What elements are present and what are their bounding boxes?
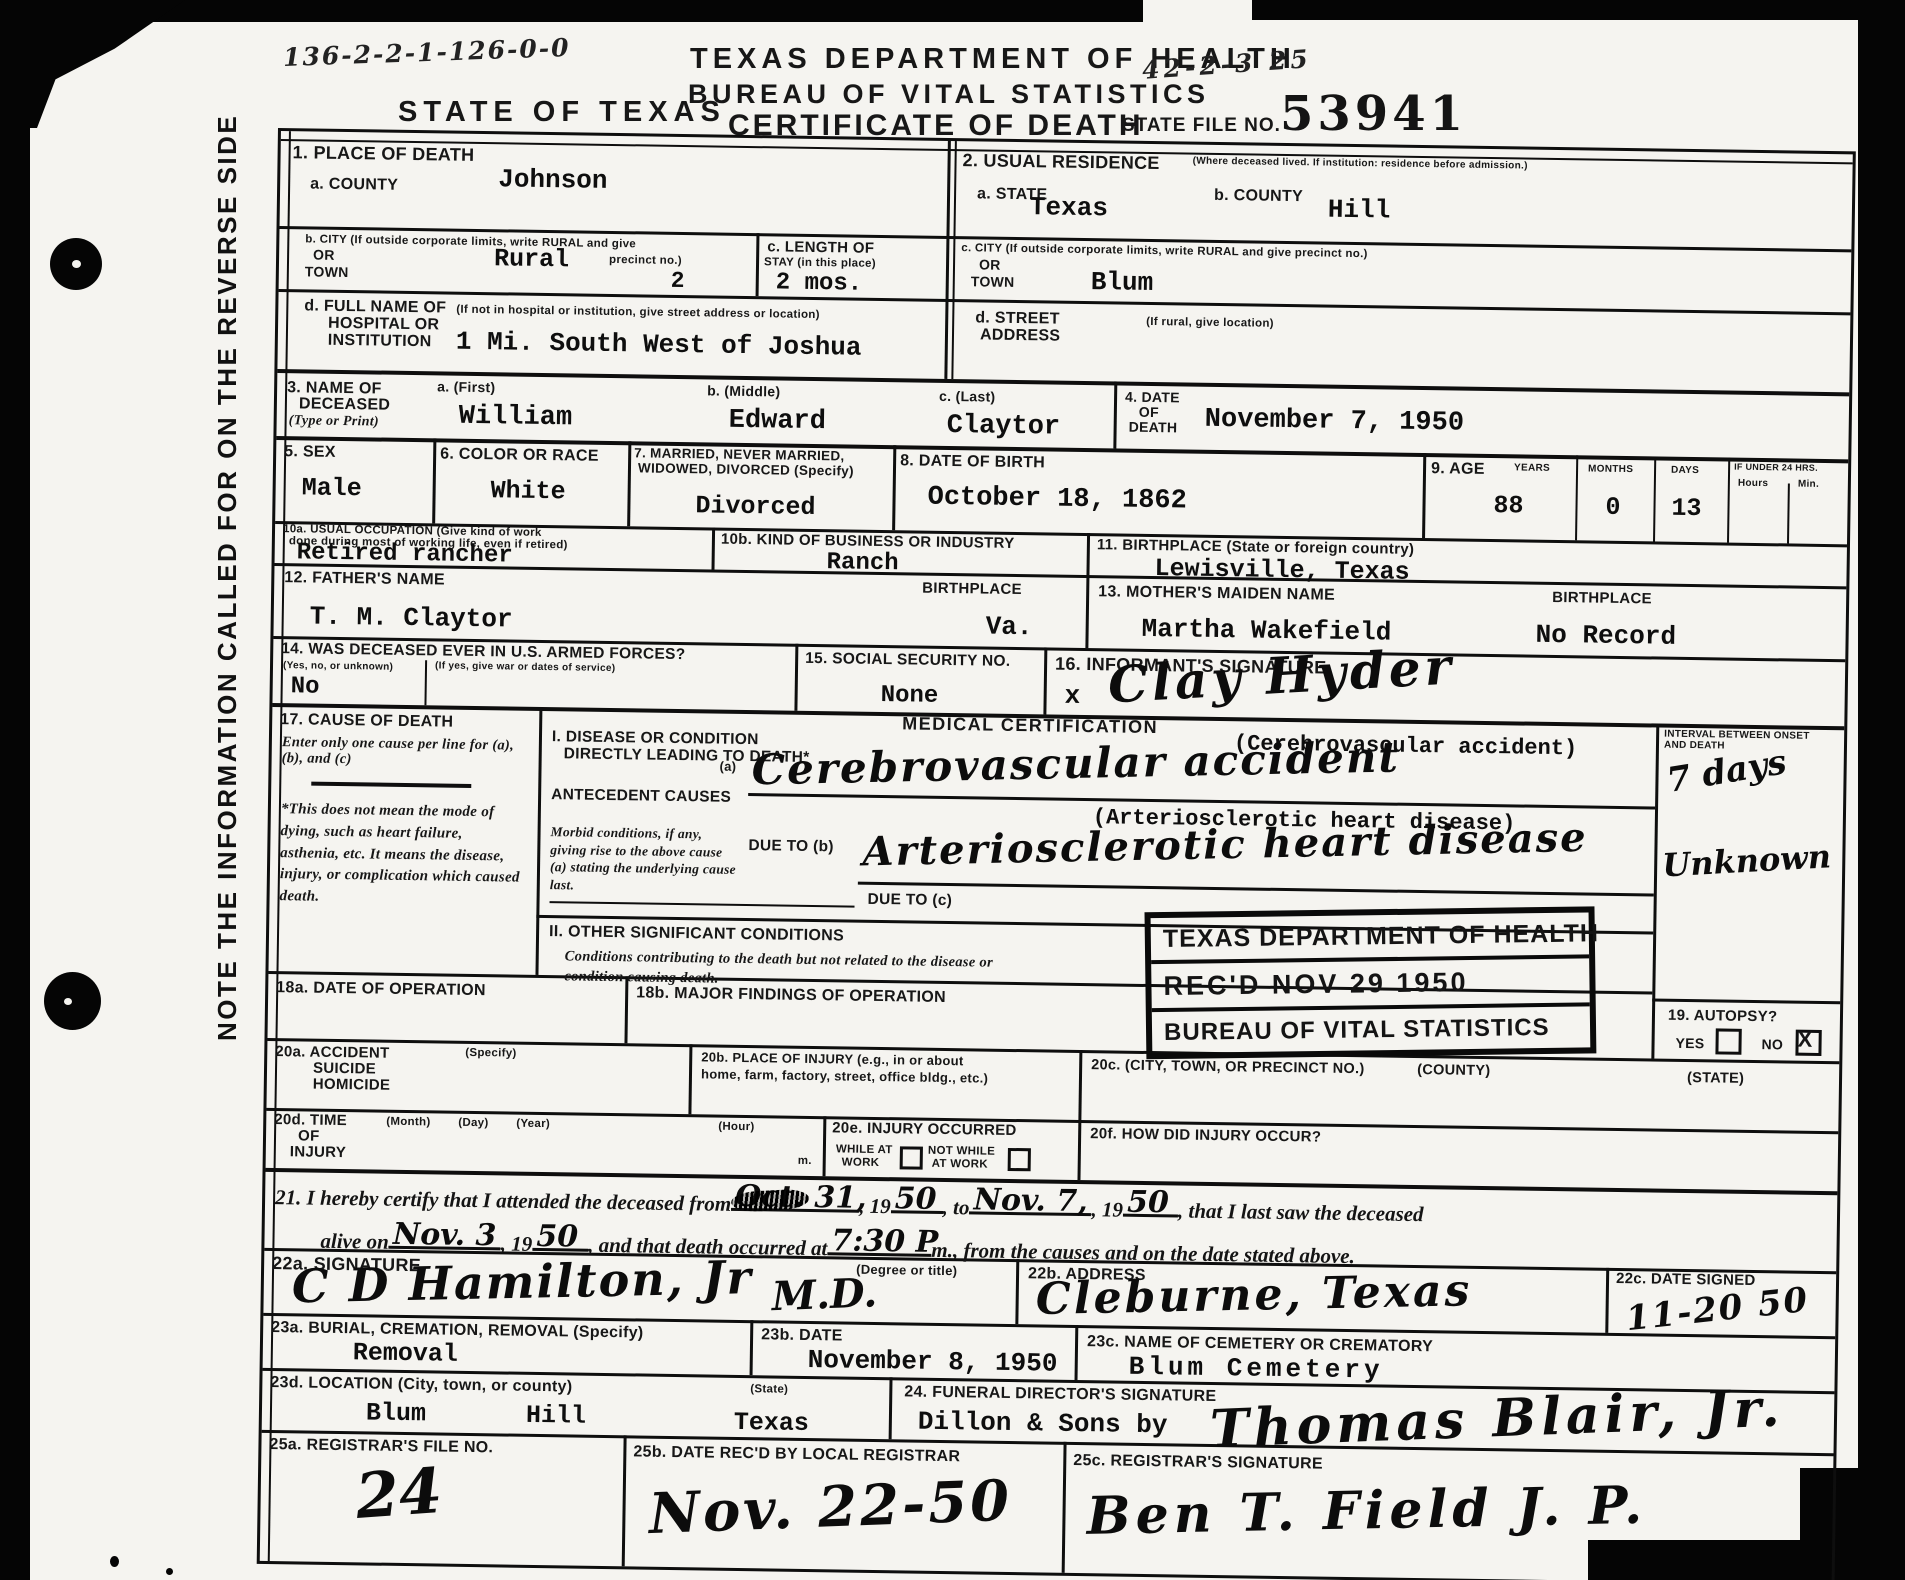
- field-12-birthplace-value: Va.: [985, 614, 1032, 641]
- field-1a-county-value: Johnson: [498, 166, 608, 194]
- field-9-years-label: YEARS: [1514, 463, 1550, 474]
- field-9-hours-label: Hours: [1738, 479, 1769, 490]
- field-23d-state-value: Texas: [734, 1410, 809, 1436]
- header-state-label: STATE OF TEXAS: [398, 97, 726, 128]
- field-20b-label1: 20b. PLACE OF INJURY (e.g., in or about: [701, 1050, 964, 1068]
- field-1d-inst-label3: INSTITUTION: [328, 332, 432, 351]
- field-24-label: 24. FUNERAL DIRECTOR'S SIGNATURE: [904, 1383, 1216, 1405]
- hole-punch-bottom: [44, 972, 101, 1030]
- cert-text-19c: , 19: [501, 1231, 533, 1256]
- rule: [535, 707, 542, 975]
- field-1d-inst-value: 1 Mi. South West of Joshua: [456, 329, 862, 361]
- field-25c-label: 25c. REGISTRAR'S SIGNATURE: [1073, 1452, 1323, 1473]
- field-2c-town-label: TOWN: [971, 274, 1015, 290]
- field-9-days-label: DAYS: [1671, 466, 1699, 477]
- rule: [794, 644, 798, 711]
- rule: [1062, 1442, 1067, 1573]
- field-6-value: White: [490, 478, 565, 504]
- field-1a-county-label: a. COUNTY: [310, 175, 398, 194]
- field-2c-or-label: OR: [979, 257, 1001, 272]
- field-20c-label: 20c. (CITY, TOWN, OR PRECINCT NO.): [1091, 1058, 1365, 1078]
- field-19-label: 19. AUTOPSY?: [1668, 1008, 1778, 1026]
- field-1d-inst-label1: d. FULL NAME OF: [304, 297, 446, 316]
- field-2b-county-value: Hill: [1328, 197, 1391, 224]
- field-3-label2: DECEASED: [299, 395, 391, 414]
- field-20a-label3: HOMICIDE: [313, 1077, 391, 1094]
- date-signed: 11-20 50: [1624, 1283, 1810, 1337]
- rule: [951, 141, 957, 379]
- field-2d-street-note: (If rural, give location): [1146, 316, 1274, 330]
- scan-speck: [166, 1568, 173, 1575]
- field-2a-state-value: Texas: [1030, 194, 1108, 221]
- rule: [424, 660, 427, 705]
- field-8-label: 8. DATE OF BIRTH: [900, 452, 1045, 471]
- rule: [1653, 456, 1656, 541]
- field-9-under24-label: IF UNDER 24 HRS.: [1734, 463, 1818, 474]
- field-20d-day-label: (Day): [458, 1117, 488, 1130]
- cert-text-19b: , 19: [1091, 1197, 1123, 1222]
- field-4-label3: DEATH: [1129, 420, 1178, 436]
- field-1b-city-label: b. CITY (If outside corporate limits, wr…: [305, 233, 636, 250]
- field-20a-specify: (Specify): [465, 1047, 516, 1060]
- cert-blank-to: Nov. 7,: [969, 1187, 1091, 1216]
- field-23b-value: November 8, 1950: [808, 1347, 1058, 1377]
- rule: [688, 1044, 692, 1114]
- rule: [1043, 647, 1047, 714]
- rule: [892, 445, 896, 530]
- field-3a-first-value: William: [459, 404, 573, 433]
- cert-blank-from: Oct. 31,: [731, 1184, 859, 1213]
- death-certificate-scan: NOTE THE INFORMATION CALLED FOR ON THE R…: [0, 0, 1905, 1580]
- field-7-value: Divorced: [695, 493, 815, 520]
- field-1c-stay-label1: c. LENGTH OF: [767, 239, 874, 257]
- field-1c-stay-label2: STAY (in this place): [764, 256, 876, 270]
- scan-edge-left: [0, 0, 30, 1580]
- field-10b-value: Ranch: [826, 551, 898, 576]
- rule: [1652, 998, 1840, 1004]
- rule: [1015, 1259, 1019, 1324]
- cert-text-4: alive on: [320, 1229, 389, 1255]
- rule: [432, 438, 436, 523]
- field-9-months-value: 0: [1605, 495, 1620, 520]
- other-conditions-label: II. OTHER SIGNIFICANT CONDITIONS: [549, 923, 844, 945]
- rule: [858, 882, 1654, 897]
- autopsy-no-label: NO: [1761, 1037, 1783, 1052]
- field-1b-or-label: OR: [313, 248, 335, 263]
- rule: [622, 1435, 627, 1566]
- field-9-label: 9. AGE: [1431, 460, 1485, 478]
- field-3-label3: (Type or Print): [289, 413, 380, 429]
- cert-blank-year1: 50: [891, 1186, 943, 1214]
- field-18a-label: 18a. DATE OF OPERATION: [276, 979, 486, 999]
- rule: [1727, 458, 1730, 543]
- field-2c-city-value: Blum: [1091, 269, 1154, 296]
- field-16-mark: x: [1064, 683, 1080, 709]
- field-20e-not-label2: AT WORK: [932, 1158, 988, 1171]
- field-14-value: No: [291, 675, 320, 699]
- field-9-min-label: Min.: [1798, 480, 1819, 491]
- cert-text-2: , to: [942, 1195, 969, 1220]
- rule: [1086, 533, 1090, 575]
- field-23d-county-value: Hill: [526, 1403, 586, 1429]
- cert-blank-year2: 50: [1123, 1190, 1178, 1218]
- field-8-value: October 18, 1862: [927, 485, 1187, 516]
- field-12-value: T. M. Claytor: [310, 604, 513, 633]
- field-23c-value: Blum Cemetery: [1129, 1354, 1384, 1384]
- injury-while-at-work-checkbox: [900, 1146, 923, 1169]
- state-file-no-label: STATE FILE NO.: [1122, 116, 1281, 137]
- informant-signature: Clay Hyder: [1107, 641, 1456, 710]
- field-20c-state-label: (STATE): [1687, 1071, 1744, 1088]
- field-3c-last-label: c. (Last): [939, 389, 996, 405]
- field-23a-value: Removal: [353, 1340, 458, 1367]
- field-17-label: 17. CAUSE OF DEATH: [280, 711, 453, 731]
- field-20e-not-label1: NOT WHILE: [928, 1145, 995, 1158]
- cause-c-label: DUE TO (c): [867, 892, 952, 910]
- field-6-label: 6. COLOR OR RACE: [440, 445, 599, 465]
- rule: [266, 1108, 1838, 1134]
- field-2-section-label: 2. USUAL RESIDENCE: [962, 151, 1159, 173]
- field-1c-stay-value: 2 mos.: [776, 271, 863, 296]
- cause-b-handwritten: Arteriosclerotic heart disease: [862, 818, 1588, 873]
- rule: [1651, 724, 1659, 1059]
- cert-text-1: 21. I hereby certify that I attended the…: [275, 1185, 731, 1217]
- field-5-value: Male: [301, 475, 361, 501]
- field-20d-year-label: (Year): [516, 1118, 550, 1131]
- field-12-birthplace-label: BIRTHPLACE: [922, 581, 1022, 599]
- rule: [1605, 1268, 1609, 1333]
- cert-blank-time: 7:30 P: [827, 1228, 931, 1257]
- field-20d-hour-label: (Hour): [718, 1121, 754, 1134]
- rule: [889, 1377, 893, 1439]
- field-1b-city-value: Rural: [494, 246, 569, 272]
- field-20e-label: 20e. INJURY OCCURRED: [832, 1120, 1017, 1139]
- field-2c-city-label: c. CITY (If outside corporate limits, wr…: [961, 242, 1368, 260]
- rule: [1085, 575, 1089, 648]
- rule: [1113, 381, 1117, 448]
- rule: [711, 527, 715, 569]
- field-23a-label: 23a. BURIAL, CREMATION, REMOVAL (Specify…: [271, 1319, 644, 1342]
- antecedent-label: ANTECEDENT CAUSES: [551, 787, 731, 806]
- scan-speck: [110, 1556, 119, 1567]
- field-11-value: Lewisville, Texas: [1154, 556, 1409, 585]
- field-20d-label2: OF: [298, 1128, 320, 1145]
- received-stamp: TEXAS DEPARTMENT OF HEALTH REC'D NOV 29 …: [1144, 906, 1596, 1059]
- field-1b-town-label: TOWN: [305, 264, 349, 280]
- medical-certification-title: MEDICAL CERTIFICATION: [902, 714, 1158, 737]
- field-3a-first-label: a. (First): [437, 379, 495, 395]
- field-17-note1: Enter only one cause per line for (a), (…: [282, 735, 522, 770]
- rule: [627, 441, 631, 526]
- field-4-value: November 7, 1950: [1205, 407, 1465, 438]
- field-3b-middle-value: Edward: [728, 408, 826, 436]
- field-23d-state-label: (State): [750, 1383, 788, 1396]
- cert-text-3: , that I last saw the deceased: [1178, 1198, 1424, 1227]
- physician-degree: M.D.: [771, 1273, 878, 1317]
- field-15-label: 15. SOCIAL SECURITY NO.: [805, 651, 1011, 671]
- field-24-typed: Dillon & Sons by: [918, 1409, 1168, 1439]
- hole-punch-center: [72, 260, 81, 268]
- field-13-birthplace-value: No Record: [1535, 622, 1676, 650]
- field-14-note1: (Yes, no, or unknown): [283, 661, 393, 673]
- field-3b-middle-label: b. (Middle): [707, 383, 781, 399]
- field-23d-label: 23d. LOCATION (City, town, or county): [270, 1374, 572, 1396]
- physician-address: Cleburne, Texas: [1035, 1269, 1472, 1322]
- scan-edge-right: [1858, 0, 1905, 1580]
- stamp-line2: REC'D NOV 29 1950: [1151, 958, 1590, 1012]
- scan-edge-top-right: [1252, 0, 1905, 20]
- field-1d-inst-label2: HOSPITAL OR: [328, 315, 439, 334]
- field-2b-county-label: b. COUNTY: [1214, 187, 1303, 206]
- field-20e-while-label2: WORK: [842, 1156, 880, 1169]
- rule: [823, 1116, 827, 1176]
- autopsy-no-x-mark: X: [1797, 1028, 1812, 1052]
- field-13-label: 13. MOTHER'S MAIDEN NAME: [1098, 583, 1335, 604]
- cause-b-label: DUE TO (b): [748, 838, 834, 856]
- stamp-line1: TEXAS DEPARTMENT OF HEALTH: [1151, 912, 1590, 964]
- field-18b-label: 18b. MAJOR FINDINGS OF OPERATION: [636, 984, 946, 1006]
- field-14-note2: (If yes, give war or dates of service): [435, 661, 635, 675]
- rule: [944, 141, 951, 379]
- registrar-file-no: 24: [354, 1460, 445, 1528]
- field-23b-label: 23b. DATE: [761, 1326, 843, 1344]
- margin-note: NOTE THE INFORMATION CALLED FOR ON THE R…: [212, 296, 243, 1041]
- field-20e-while-label1: WHILE AT: [836, 1143, 893, 1156]
- date-received-by-registrar: Nov. 22-50: [648, 1473, 1013, 1543]
- field-3c-last-value: Claytor: [946, 413, 1060, 442]
- field-7-label2: WIDOWED, DIVORCED (Specify): [638, 461, 854, 479]
- injury-not-while-at-work-checkbox: [1008, 1148, 1031, 1171]
- field-20d-m-label: m.: [798, 1155, 812, 1168]
- field-5-label: 5. SEX: [284, 443, 336, 461]
- autopsy-yes-checkbox: [1715, 1028, 1741, 1054]
- hole-punch-center: [64, 998, 72, 1005]
- field-1-section-label: 1. PLACE OF DEATH: [292, 143, 474, 165]
- field-20d-label3: INJURY: [290, 1144, 346, 1161]
- field-1b-precinct-label: precinct no.): [609, 254, 682, 267]
- rule: [1787, 483, 1790, 543]
- field-20d-month-label: (Month): [386, 1116, 430, 1129]
- rule: [277, 369, 1849, 396]
- field-23d-city-value: Blum: [366, 1400, 426, 1426]
- field-20f-label: 20f. HOW DID INJURY OCCUR?: [1090, 1126, 1321, 1146]
- field-17-note2: *This does not mean the mode of dying, s…: [279, 799, 526, 911]
- field-20c-county-label: (COUNTY): [1417, 1063, 1491, 1080]
- handwritten-scrawl-top-left: 136-2-2-1-126-0-0: [283, 33, 571, 72]
- field-9-days-value: 13: [1671, 496, 1701, 521]
- cert-blank-alive: Nov. 3: [389, 1222, 501, 1251]
- rule: [1422, 453, 1426, 538]
- header-agency-line2: BUREAU OF VITAL STATISTICS: [688, 80, 1210, 109]
- cause-a-interval: 7 days: [1665, 745, 1789, 798]
- field-25b-label: 25b. DATE REC'D BY LOCAL REGISTRAR: [633, 1443, 960, 1465]
- field-20b-label2: home, farm, factory, street, office bldg…: [701, 1067, 988, 1085]
- certificate-form: 1. PLACE OF DEATH a. COUNTY Johnson b. C…: [257, 128, 1856, 1580]
- autopsy-yes-label: YES: [1675, 1036, 1704, 1052]
- field-10a-value: Retired rancher: [297, 541, 513, 568]
- rule: [1575, 455, 1578, 540]
- field-9-years-value: 88: [1493, 493, 1523, 518]
- rule: [311, 782, 471, 788]
- cert-text-6: m., from the causes and on the date stat…: [931, 1238, 1355, 1269]
- rule: [550, 901, 855, 908]
- cause-b-interval: Unknown: [1662, 840, 1832, 881]
- rule: [750, 1320, 754, 1375]
- field-1d-inst-note: (If not in hospital or institution, give…: [456, 304, 820, 322]
- stamp-line3: BUREAU OF VITAL STATISTICS: [1152, 1006, 1590, 1053]
- field-13-birthplace-label: BIRTHPLACE: [1552, 590, 1652, 608]
- cert-blank-year3: 50: [532, 1224, 588, 1252]
- state-file-number: 53941: [1280, 86, 1467, 142]
- rule: [1075, 1325, 1079, 1380]
- field-2d-street-label2: ADDRESS: [980, 326, 1061, 344]
- field-9-months-label: MONTHS: [1588, 464, 1633, 475]
- field-25a-label: 25a. REGISTRAR'S FILE NO.: [269, 1436, 493, 1457]
- antecedent-note: Morbid conditions, if any, giving rise t…: [550, 823, 741, 896]
- field-12-label: 12. FATHER'S NAME: [284, 569, 445, 589]
- cause-a-tag: (a): [719, 760, 736, 774]
- field-15-value: None: [880, 684, 938, 709]
- rule: [756, 233, 760, 296]
- rule: [1077, 1050, 1082, 1180]
- field-2d-street-label1: d. STREET: [975, 309, 1060, 328]
- funeral-director-signature: Thomas Blair, Jr.: [1209, 1382, 1785, 1456]
- field-1b-precinct-value: 2: [671, 270, 685, 293]
- registrar-signature: Ben T. Field J. P.: [1086, 1480, 1647, 1543]
- cause-a-handwritten: Cerebrovascular accident: [751, 736, 1400, 791]
- physician-signature: C D Hamilton, Jr: [291, 1254, 753, 1309]
